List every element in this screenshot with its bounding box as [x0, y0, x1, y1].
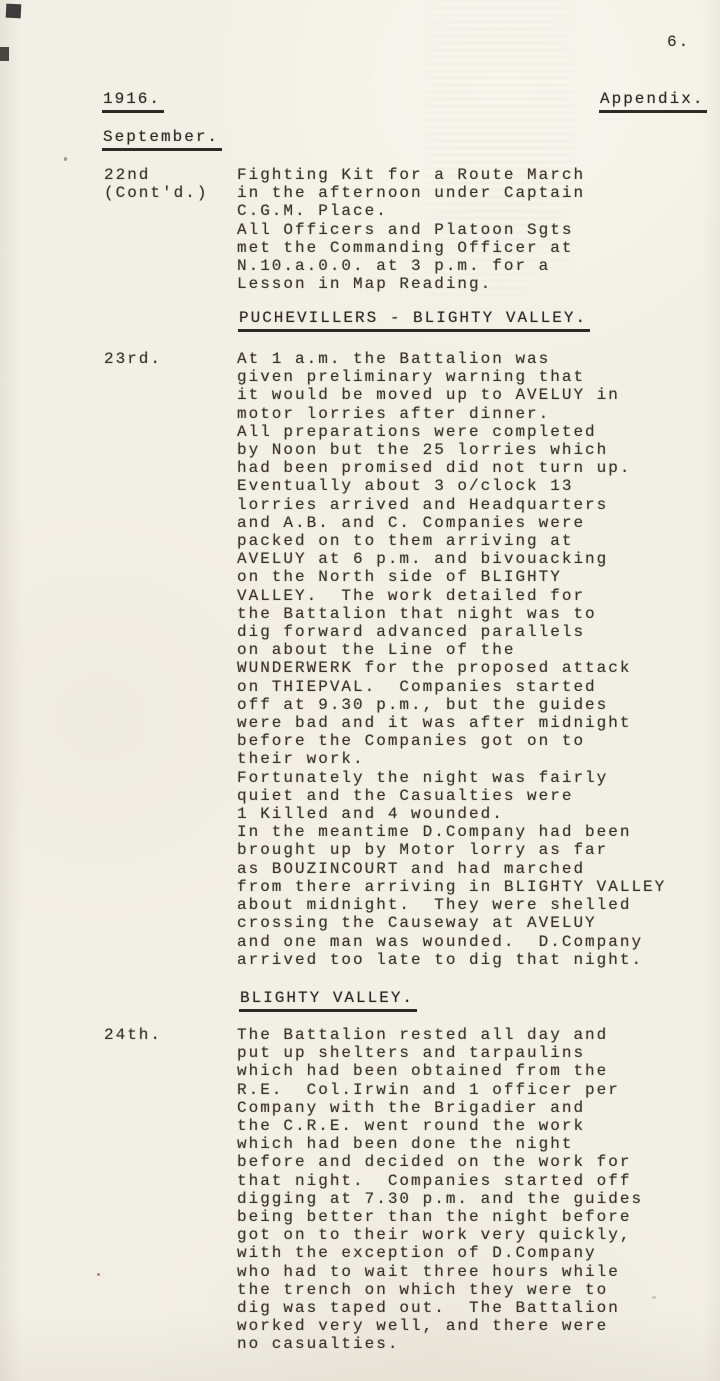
text-line: C.G.M. Place. [237, 202, 585, 220]
text-line: with the exception of D.Company [237, 1244, 643, 1262]
text-line: WUNDERWERK for the proposed attack [237, 659, 666, 677]
text-line: as BOUZINCOURT and had marched [237, 860, 666, 878]
text-line: lorries arrived and Headquarters [237, 496, 666, 514]
year-heading-text: 1916. [102, 90, 164, 113]
text-line: the C.R.E. went round the work [237, 1117, 643, 1135]
scan-mark [6, 4, 22, 19]
section-heading-puchevillers: PUCHEVILLERS - BLIGHTY VALLEY. [239, 309, 590, 332]
text-line: In the meantime D.Company had been [237, 823, 666, 841]
text-line: their work. [237, 750, 666, 768]
entry-body-24th: The Battalion rested all day andput up s… [237, 1026, 643, 1354]
text-line: who had to wait three hours while [237, 1263, 643, 1281]
text-line: before the Companies got on to [237, 732, 666, 750]
text-line: N.10.a.0.0. at 3 p.m. for a [237, 257, 585, 275]
paper-speck [64, 157, 67, 161]
text-line: on the North side of BLIGHTY [237, 568, 666, 586]
text-line: brought up by Motor lorry as far [237, 841, 666, 859]
text-line: Lesson in Map Reading. [237, 275, 585, 293]
text-line: before and decided on the work for [237, 1153, 643, 1171]
text-line: on about the Line of the [237, 641, 666, 659]
text-line: about midnight. They were shelled [237, 896, 666, 914]
text-line: it would be moved up to AVELUY in [237, 386, 666, 404]
entry-date-24th: 24th. [104, 1026, 162, 1044]
text-line: arrived too late to dig that night. [237, 951, 666, 969]
text-line: digging at 7.30 p.m. and the guides [237, 1190, 643, 1208]
text-line: the Battalion that night was to [237, 605, 666, 623]
month-heading: September. [103, 128, 222, 151]
scan-mark [0, 47, 9, 61]
text-line: off at 9.30 p.m., but the guides [237, 696, 666, 714]
text-line: dig was taped out. The Battalion [237, 1299, 643, 1317]
entry-date-22nd: 22nd(Cont'd.) [104, 166, 208, 202]
text-line: Fortunately the night was fairly [237, 769, 666, 787]
entry-body-22nd: Fighting Kit for a Route Marchin the aft… [237, 166, 585, 293]
text-line: worked very well, and there were [237, 1317, 643, 1335]
text-line: and one man was wounded. D.Company [237, 933, 666, 951]
diary-page: 6. 1916. Appendix. September. 22nd(Cont'… [0, 0, 720, 1381]
text-line: 22nd [104, 166, 208, 184]
text-line: packed on to them arriving at [237, 532, 666, 550]
text-line: AVELUY at 6 p.m. and bivouacking [237, 550, 666, 568]
text-line: motor lorries after dinner. [237, 405, 666, 423]
text-line: and A.B. and C. Companies were [237, 514, 666, 532]
text-line: which had been done the night [237, 1135, 643, 1153]
text-line: Fighting Kit for a Route March [237, 166, 585, 184]
section-heading-text: PUCHEVILLERS - BLIGHTY VALLEY. [238, 309, 590, 332]
text-line: 23rd. [104, 350, 162, 368]
text-line: Company with the Brigadier and [237, 1099, 643, 1117]
paper-speck [97, 1273, 100, 1276]
text-line: 24th. [104, 1026, 162, 1044]
year-heading: 1916. [103, 90, 164, 113]
text-line: by Noon but the 25 lorries which [237, 441, 666, 459]
text-line: from there arriving in BLIGHTY VALLEY [237, 878, 666, 896]
text-line: 1 Killed and 4 wounded. [237, 805, 666, 823]
text-line: All preparations were completed [237, 423, 666, 441]
page-number: 6. [667, 33, 690, 51]
text-line: At 1 a.m. the Battalion was [237, 350, 666, 368]
text-line: put up shelters and tarpaulins [237, 1044, 643, 1062]
text-line: in the afternoon under Captain [237, 184, 585, 202]
text-line: the trench on which they were to [237, 1281, 643, 1299]
text-line: no casualties. [237, 1335, 643, 1353]
text-line: on THIEPVAL. Companies started [237, 678, 666, 696]
text-line: which had been obtained from the [237, 1062, 643, 1080]
appendix-heading: Appendix. [600, 90, 707, 113]
text-line: All Officers and Platoon Sgts [237, 221, 585, 239]
text-line: crossing the Causeway at AVELUY [237, 914, 666, 932]
month-heading-text: September. [102, 128, 222, 151]
text-line: being better than the night before [237, 1208, 643, 1226]
text-line: given preliminary warning that [237, 368, 666, 386]
text-line: (Cont'd.) [104, 184, 208, 202]
section-heading-text: BLIGHTY VALLEY. [239, 989, 417, 1012]
section-heading-blighty-valley: BLIGHTY VALLEY. [240, 989, 417, 1012]
text-line: had been promised did not turn up. [237, 459, 666, 477]
text-line: got on to their work very quickly, [237, 1226, 643, 1244]
text-line: that night. Companies started off [237, 1172, 643, 1190]
text-line: R.E. Col.Irwin and 1 officer per [237, 1081, 643, 1099]
text-line: quiet and the Casualties were [237, 787, 666, 805]
text-line: dig forward advanced parallels [237, 623, 666, 641]
text-line: The Battalion rested all day and [237, 1026, 643, 1044]
paper-speck [652, 1296, 656, 1299]
appendix-heading-text: Appendix. [599, 90, 707, 113]
text-line: VALLEY. The work detailed for [237, 587, 666, 605]
text-line: met the Commanding Officer at [237, 239, 585, 257]
entry-body-23rd: At 1 a.m. the Battalion wasgiven prelimi… [237, 350, 666, 969]
entry-date-23rd: 23rd. [104, 350, 162, 368]
text-line: were bad and it was after midnight [237, 714, 666, 732]
text-line: Eventually about 3 o/clock 13 [237, 477, 666, 495]
